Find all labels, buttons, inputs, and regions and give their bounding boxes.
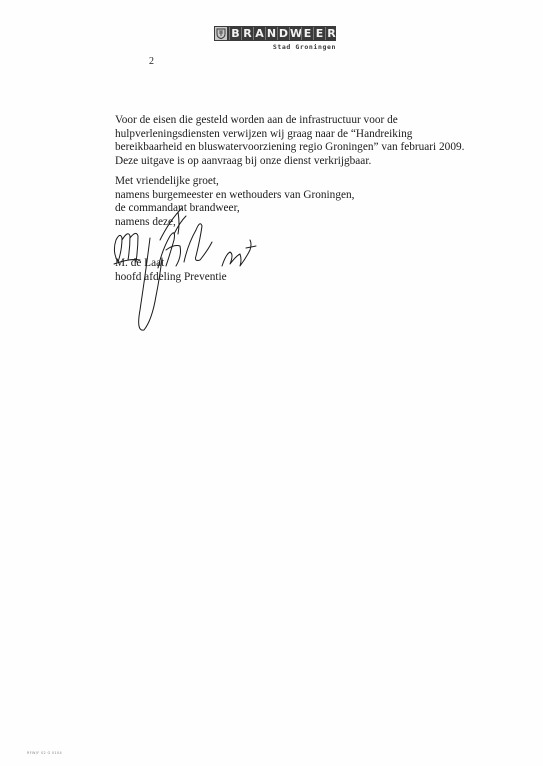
text-line: hulpverleningsdiensten verwijzen wij gra… [115,128,464,142]
letter-page: B R A N D W E E R Stad Groningen 2 Voor … [0,0,543,766]
text-line: de commandant brandweer, [115,202,354,216]
text-line: namens deze, [115,216,354,230]
logo-letter: R [325,27,337,40]
logo-letter: W [289,27,301,40]
text-line: Met vriendelijke groet, [115,175,354,189]
city-crest-icon [215,27,227,40]
logo-letter: R [241,27,253,40]
logo-letter: B [229,27,241,40]
text-line: bereikbaarheid en bluswatervoorziening r… [115,141,464,155]
text-line: namens burgemeester en wethouders van Gr… [115,189,354,203]
logo-letter: E [313,27,325,40]
signer-title: hoofd afdeling Preventie [115,271,227,285]
text-line: Voor de eisen die gesteld worden aan de … [115,114,464,128]
logo-wordmark: B R A N D W E E R [227,27,339,40]
logo-letter: E [301,27,313,40]
logo-letter: A [253,27,265,40]
body-paragraph: Voor de eisen die gesteld worden aan de … [115,114,464,168]
signer-name: M. de Laat [115,257,227,271]
signer-block: M. de Laat hoofd afdeling Preventie [115,257,227,284]
text-line: Deze uitgave is op aanvraag bij onze die… [115,155,464,169]
closing-block: Met vriendelijke groet, namens burgemees… [115,175,354,229]
logo-subtitle: Stad Groningen [270,43,336,51]
logo-letter: D [277,27,289,40]
form-code: RFW/F 02 G 0104 [27,751,62,755]
brandweer-logo: B R A N D W E E R [214,26,336,41]
page-number: 2 [149,56,154,67]
logo-letter: N [265,27,277,40]
